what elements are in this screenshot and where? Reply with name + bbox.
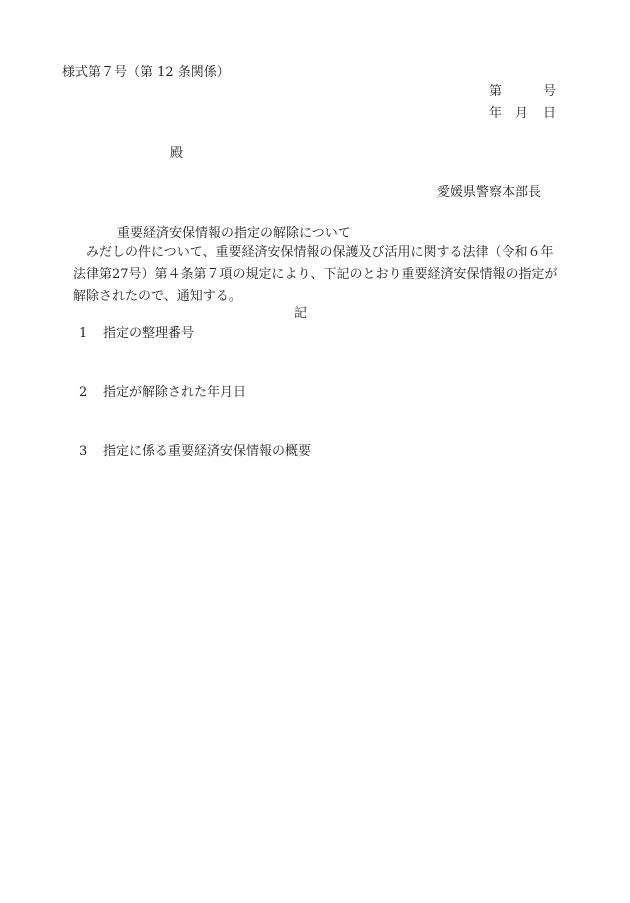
sender: 愛媛県警察本部長 xyxy=(437,185,541,201)
body-line-1: みだしの件について、重要経済安保情報の保護及び活用に関する法律（令和６年 xyxy=(73,242,563,264)
addressee-honorific: 殿 xyxy=(170,146,183,162)
date-line: 年 月 日 xyxy=(489,106,502,122)
ki-heading: 記 xyxy=(294,306,307,322)
list-item: 2指定が解除された年月日 xyxy=(79,385,246,401)
date-year: 年 xyxy=(489,106,502,121)
item-label: 指定が解除された年月日 xyxy=(103,385,246,400)
item-number: 2 xyxy=(79,385,103,401)
item-label: 指定に係る重要経済安保情報の概要 xyxy=(103,444,311,459)
number-suffix: 号 xyxy=(543,84,556,100)
body-line-3: 解除されたので、通知する。 xyxy=(73,286,563,308)
date-month: 月 xyxy=(515,106,528,122)
item-label: 指定の整理番号 xyxy=(103,326,194,341)
form-number: 様式第７号（第 12 条関係） xyxy=(62,65,230,81)
body-paragraph: みだしの件について、重要経済安保情報の保護及び活用に関する法律（令和６年 法律第… xyxy=(73,242,563,308)
body-line-2: 法律第27号）第４条第７項の規定により、下記のとおり重要経済安保情報の指定が xyxy=(73,264,563,286)
item-number: 1 xyxy=(79,326,103,342)
list-item: 1指定の整理番号 xyxy=(79,326,194,342)
subject-title: 重要経済安保情報の指定の解除について xyxy=(117,226,351,242)
number-prefix: 第 xyxy=(489,84,502,99)
document-number-line: 第 号 xyxy=(489,84,502,100)
date-day: 日 xyxy=(543,106,556,122)
item-number: 3 xyxy=(79,444,103,460)
list-item: 3指定に係る重要経済安保情報の概要 xyxy=(79,444,311,460)
